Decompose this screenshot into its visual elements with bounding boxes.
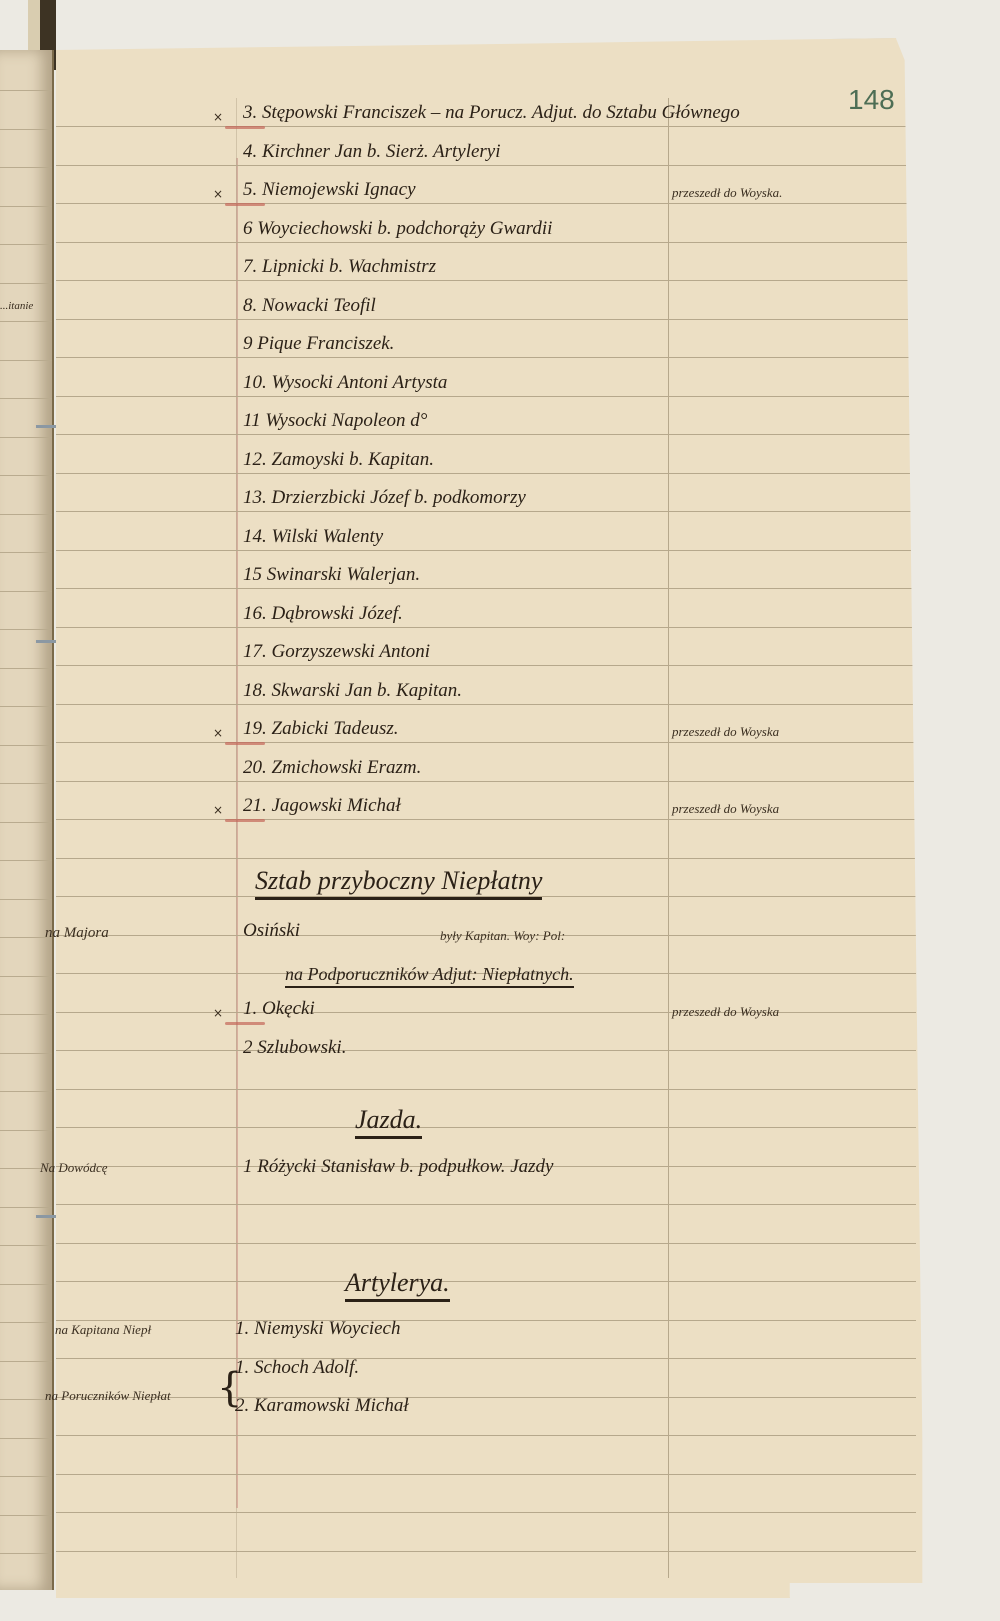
ruled-line bbox=[56, 1281, 916, 1282]
ruled-line bbox=[0, 1245, 52, 1246]
roster-entry: 3. Stępowski Franciszek – na Porucz. Adj… bbox=[243, 102, 740, 124]
ruled-line bbox=[56, 704, 916, 705]
lead-name: Osiński bbox=[243, 920, 300, 942]
ruled-line bbox=[0, 1553, 52, 1554]
cross-mark: × bbox=[213, 803, 223, 817]
ruled-line bbox=[56, 1397, 916, 1398]
roster-entry: 1 Różycki Stanisław b. podpułkow. Jazdy bbox=[243, 1156, 553, 1178]
ruled-line bbox=[56, 1320, 916, 1321]
roster-entry: 2. Karamowski Michał bbox=[235, 1395, 409, 1417]
ruled-line bbox=[56, 627, 916, 628]
ruled-line bbox=[0, 206, 52, 207]
roster-entry: 10. Wysocki Antoni Artysta bbox=[243, 372, 447, 394]
stitch bbox=[36, 425, 56, 428]
ruled-line bbox=[56, 1358, 916, 1359]
ruled-line bbox=[56, 1012, 916, 1013]
ruled-line bbox=[56, 588, 916, 589]
roster-entry: 11 Wysocki Napoleon d° bbox=[243, 410, 427, 432]
folio-number: 148 bbox=[848, 84, 895, 116]
cross-mark: × bbox=[213, 187, 223, 201]
ruled-line bbox=[0, 745, 52, 746]
roster-entry: 4. Kirchner Jan b. Sierż. Artyleryi bbox=[243, 141, 501, 163]
roster-entry: 14. Wilski Walenty bbox=[243, 526, 383, 548]
ruled-line bbox=[56, 550, 916, 551]
ruled-line bbox=[0, 1207, 52, 1208]
section-heading-artylerya: Artylerya. bbox=[345, 1268, 450, 1298]
margin-note-major: na Majora bbox=[45, 925, 109, 942]
red-underline bbox=[225, 126, 265, 129]
ruled-line bbox=[56, 165, 916, 166]
ruled-line bbox=[0, 1476, 52, 1477]
roster-entry: 1. Niemyski Woyciech bbox=[235, 1318, 401, 1340]
red-underline bbox=[225, 819, 265, 822]
ruled-line bbox=[0, 244, 52, 245]
transfer-note: przeszedł do Woyska bbox=[672, 801, 779, 817]
left-page-edge: ...itanie bbox=[0, 50, 54, 1590]
ruled-line bbox=[0, 283, 52, 284]
roster-entry: 19. Zabicki Tadeusz. bbox=[243, 718, 399, 740]
ruled-line bbox=[0, 514, 52, 515]
ruled-line bbox=[0, 1284, 52, 1285]
roster-entry: 18. Skwarski Jan b. Kapitan. bbox=[243, 680, 462, 702]
ruled-line bbox=[0, 90, 52, 91]
cross-mark: × bbox=[213, 726, 223, 740]
stitch bbox=[36, 1215, 56, 1218]
transfer-note: przeszedł do Woyska bbox=[672, 724, 779, 740]
ruled-line bbox=[0, 1091, 52, 1092]
ruled-line bbox=[0, 1053, 52, 1054]
section-heading-jazda: Jazda. bbox=[355, 1105, 422, 1135]
ruled-line bbox=[56, 819, 916, 820]
ruled-line bbox=[56, 1127, 916, 1128]
cross-mark: × bbox=[213, 1006, 223, 1020]
cross-mark: × bbox=[213, 110, 223, 124]
ruled-line bbox=[0, 437, 52, 438]
roster-entry: 5. Niemojewski Ignacy bbox=[243, 179, 416, 201]
ruled-line bbox=[56, 1474, 916, 1475]
ruled-line bbox=[56, 1512, 916, 1513]
roster-entry: 20. Zmichowski Erazm. bbox=[243, 757, 421, 779]
ruled-line bbox=[0, 1438, 52, 1439]
ruled-line bbox=[56, 1435, 916, 1436]
ruled-line bbox=[56, 203, 916, 204]
stitch bbox=[36, 640, 56, 643]
ruled-line bbox=[0, 1361, 52, 1362]
roster-entry: 1. Schoch Adolf. bbox=[235, 1357, 359, 1379]
lead-note: były Kapitan. Woy: Pol: bbox=[440, 928, 565, 944]
ruled-line bbox=[56, 319, 916, 320]
ruled-line bbox=[0, 167, 52, 168]
ruled-line bbox=[56, 473, 916, 474]
margin-note-dowodca: Na Dowódcę bbox=[40, 1160, 108, 1176]
ruled-line bbox=[0, 822, 52, 823]
ruled-line bbox=[0, 629, 52, 630]
transfer-note: przeszedł do Woyska bbox=[672, 1004, 779, 1020]
roster-entry: 8. Nowacki Teofil bbox=[243, 295, 376, 317]
roster-entry: 17. Gorzyszewski Antoni bbox=[243, 641, 430, 663]
roster-entry: 21. Jagowski Michał bbox=[243, 795, 401, 817]
ruled-line bbox=[0, 129, 52, 130]
brace: { bbox=[217, 1365, 242, 1411]
roster-entry: 16. Dąbrowski Józef. bbox=[243, 603, 403, 625]
ruled-line bbox=[0, 860, 52, 861]
ruled-line bbox=[56, 357, 916, 358]
ruled-line bbox=[56, 1204, 916, 1205]
ruled-line bbox=[0, 1322, 52, 1323]
ruled-line bbox=[0, 591, 52, 592]
ruled-line bbox=[0, 899, 52, 900]
ruled-line bbox=[56, 742, 916, 743]
subheading-podporucznicy: na Podporuczników Adjut: Niepłatnych. bbox=[285, 964, 574, 985]
ruled-line bbox=[56, 280, 916, 281]
red-underline bbox=[225, 1022, 265, 1025]
ruled-line bbox=[0, 783, 52, 784]
ruled-line bbox=[56, 781, 916, 782]
red-underline bbox=[225, 203, 265, 206]
ruled-line bbox=[56, 858, 916, 859]
margin-note-kapitan: na Kapitana Niepł bbox=[55, 1322, 151, 1338]
roster-entry: 6 Woyciechowski b. podchorąży Gwardii bbox=[243, 218, 552, 240]
ruled-line bbox=[56, 126, 916, 127]
ruled-line bbox=[0, 475, 52, 476]
ruled-line bbox=[0, 668, 52, 669]
roster-entry: 13. Drzierzbicki Józef b. podkomorzy bbox=[243, 487, 526, 509]
ruled-line bbox=[0, 552, 52, 553]
manuscript-page bbox=[56, 38, 940, 1598]
ruled-line bbox=[0, 1515, 52, 1516]
ruled-line bbox=[56, 242, 916, 243]
ruled-line bbox=[56, 1243, 916, 1244]
roster-entry: 12. Zamoyski b. Kapitan. bbox=[243, 449, 434, 471]
red-underline bbox=[225, 742, 265, 745]
ruled-line bbox=[56, 1050, 916, 1051]
roster-entry: 1. Okęcki bbox=[243, 998, 315, 1020]
roster-entry: 15 Swinarski Walerjan. bbox=[243, 564, 420, 586]
roster-entry: 9 Pique Franciszek. bbox=[243, 333, 394, 355]
transfer-note: przeszedł do Woyska. bbox=[672, 185, 782, 201]
section-heading-sztab: Sztab przyboczny Niepłatny bbox=[255, 866, 542, 896]
ruled-line bbox=[0, 706, 52, 707]
roster-entry: 7. Lipnicki b. Wachmistrz bbox=[243, 256, 436, 278]
roster-entry: 2 Szlubowski. bbox=[243, 1037, 346, 1059]
ruled-line bbox=[0, 976, 52, 977]
ruled-line bbox=[56, 1551, 916, 1552]
column-rule bbox=[668, 98, 669, 1578]
ruled-line bbox=[0, 321, 52, 322]
ruled-line bbox=[0, 360, 52, 361]
ruled-line bbox=[56, 434, 916, 435]
ruled-line bbox=[0, 398, 52, 399]
ruled-line bbox=[0, 1014, 52, 1015]
margin-note-porucznicy: na Poruczników Niepłat bbox=[45, 1388, 171, 1404]
ruled-line bbox=[56, 1089, 916, 1090]
ruled-line bbox=[56, 511, 916, 512]
ruled-line bbox=[0, 1130, 52, 1131]
left-page-fragment: ...itanie bbox=[0, 300, 33, 312]
ruled-line bbox=[56, 665, 916, 666]
ruled-line bbox=[56, 396, 916, 397]
